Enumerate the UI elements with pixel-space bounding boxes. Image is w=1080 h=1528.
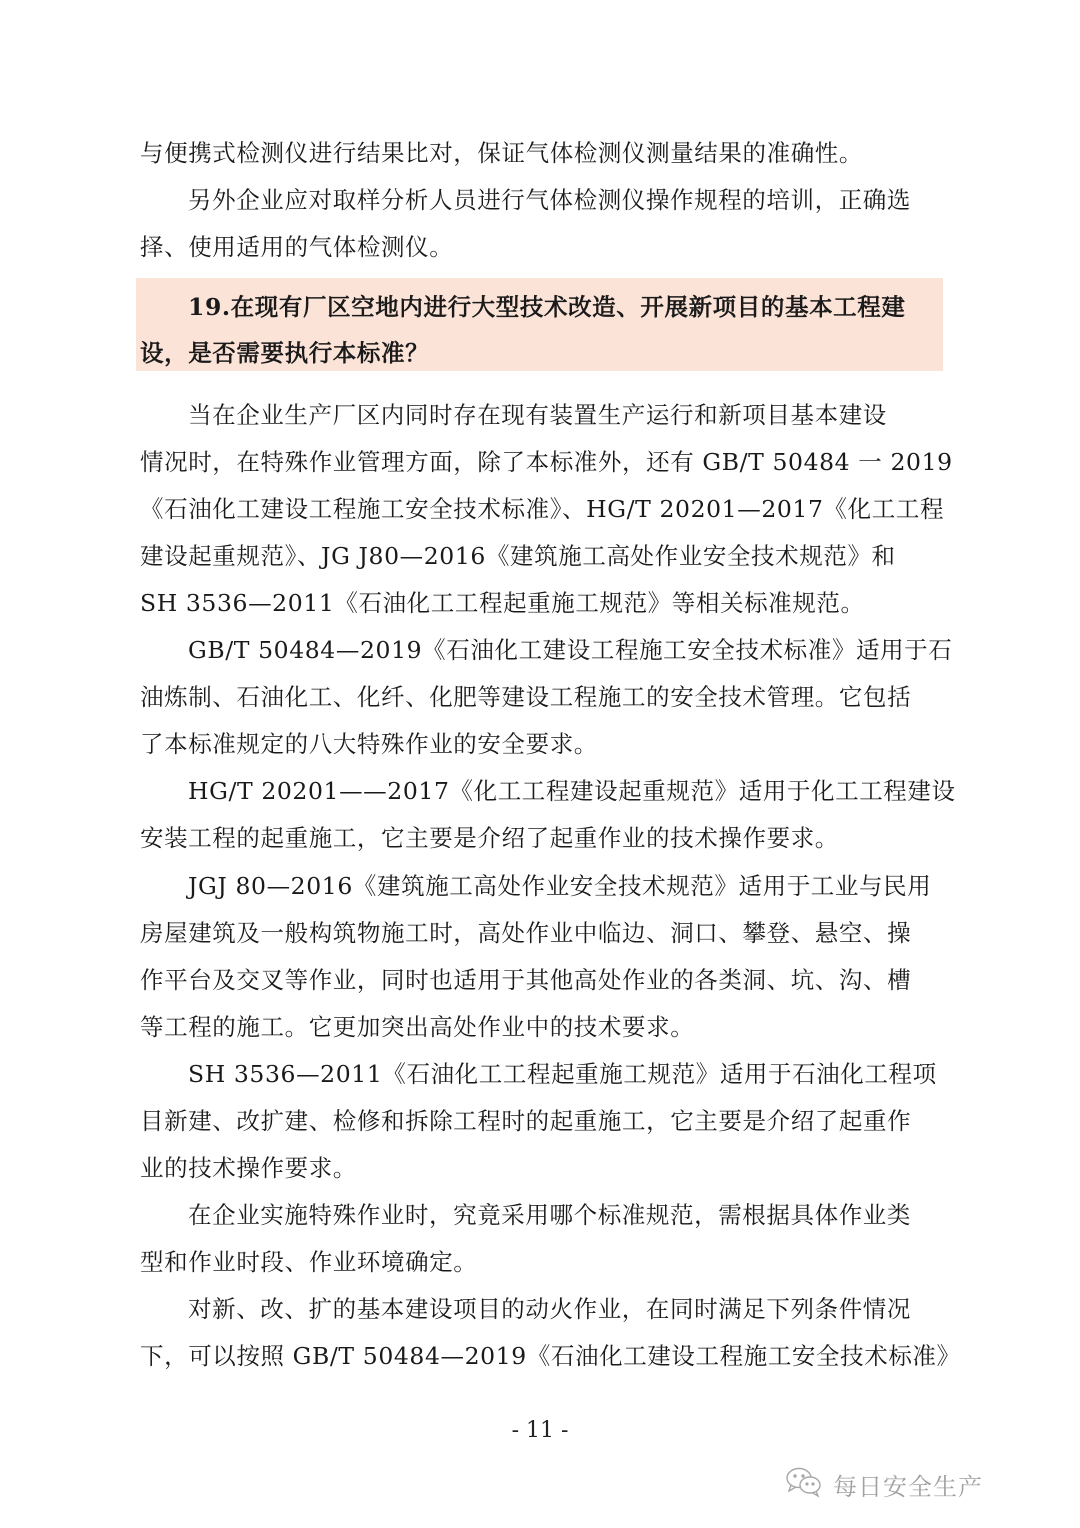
body-text-line: 《石油化工建设工程施工安全技术标准》、HG/T 20201—2017《化工工程 <box>140 494 940 524</box>
watermark-text: 每日安全生产 <box>833 1467 983 1502</box>
body-text-line: 在企业实施特殊作业时，究竟采用哪个标准规范，需根据具体作业类 <box>188 1200 940 1230</box>
body-text-line: 等工程的施工。它更加突出高处作业中的技术要求。 <box>140 1012 940 1042</box>
question-heading-line: 设，是否需要执行本标准？ <box>140 338 940 368</box>
document-page: 与便携式检测仪进行结果比对，保证气体检测仪测量结果的准确性。 另外企业应对取样分… <box>0 0 1080 1528</box>
body-text-line: 建设起重规范》、JG J80—2016《建筑施工高处作业安全技术规范》和 <box>140 541 940 571</box>
body-text-line: SH 3536—2011《石油化工工程起重施工规范》等相关标准规范。 <box>140 588 940 618</box>
question-heading-line: 19.在现有厂区空地内进行大型技术改造、开展新项目的基本工程建 <box>188 292 940 322</box>
body-text-line: 对新、改、扩的基本建设项目的动火作业，在同时满足下列条件情况 <box>188 1294 940 1324</box>
body-text-line: 与便携式检测仪进行结果比对，保证气体检测仪测量结果的准确性。 <box>140 138 940 168</box>
body-text-line: 下，可以按照 GB/T 50484—2019《石油化工建设工程施工安全技术标准》 <box>140 1341 940 1371</box>
wechat-watermark: 每日安全生产 <box>785 1466 983 1502</box>
body-text-line: 型和作业时段、作业环境确定。 <box>140 1247 940 1277</box>
body-text-line: 了本标准规定的八大特殊作业的安全要求。 <box>140 729 940 759</box>
wechat-icon <box>785 1466 823 1502</box>
page-number: - 11 - <box>0 1418 1080 1443</box>
body-text-line: 安装工程的起重施工，它主要是介绍了起重作业的技术操作要求。 <box>140 823 940 853</box>
body-text-line: GB/T 50484—2019《石油化工建设工程施工安全技术标准》适用于石 <box>188 635 940 665</box>
body-text-line: 油炼制、石油化工、化纤、化肥等建设工程施工的安全技术管理。它包括 <box>140 682 940 712</box>
body-text-line: 情况时，在特殊作业管理方面，除了本标准外，还有 GB/T 50484 一 201… <box>140 447 940 477</box>
body-text-line: 另外企业应对取样分析人员进行气体检测仪操作规程的培训，正确选 <box>188 185 940 215</box>
body-text-line: JGJ 80—2016《建筑施工高处作业安全技术规范》适用于工业与民用 <box>188 871 940 901</box>
body-text-line: HG/T 20201——2017《化工工程建设起重规范》适用于化工工程建设 <box>188 776 940 806</box>
body-text-line: SH 3536—2011《石油化工工程起重施工规范》适用于石油化工程项 <box>188 1059 940 1089</box>
body-text-line: 择、使用适用的气体检测仪。 <box>140 232 940 262</box>
body-text-line: 房屋建筑及一般构筑物施工时，高处作业中临边、洞口、攀登、悬空、操 <box>140 918 940 948</box>
body-text-line: 业的技术操作要求。 <box>140 1153 940 1183</box>
body-text-line: 目新建、改扩建、检修和拆除工程时的起重施工，它主要是介绍了起重作 <box>140 1106 940 1136</box>
body-text-line: 作平台及交叉等作业，同时也适用于其他高处作业的各类洞、坑、沟、槽 <box>140 965 940 995</box>
body-text-line: 当在企业生产厂区内同时存在现有装置生产运行和新项目基本建设 <box>188 400 940 430</box>
